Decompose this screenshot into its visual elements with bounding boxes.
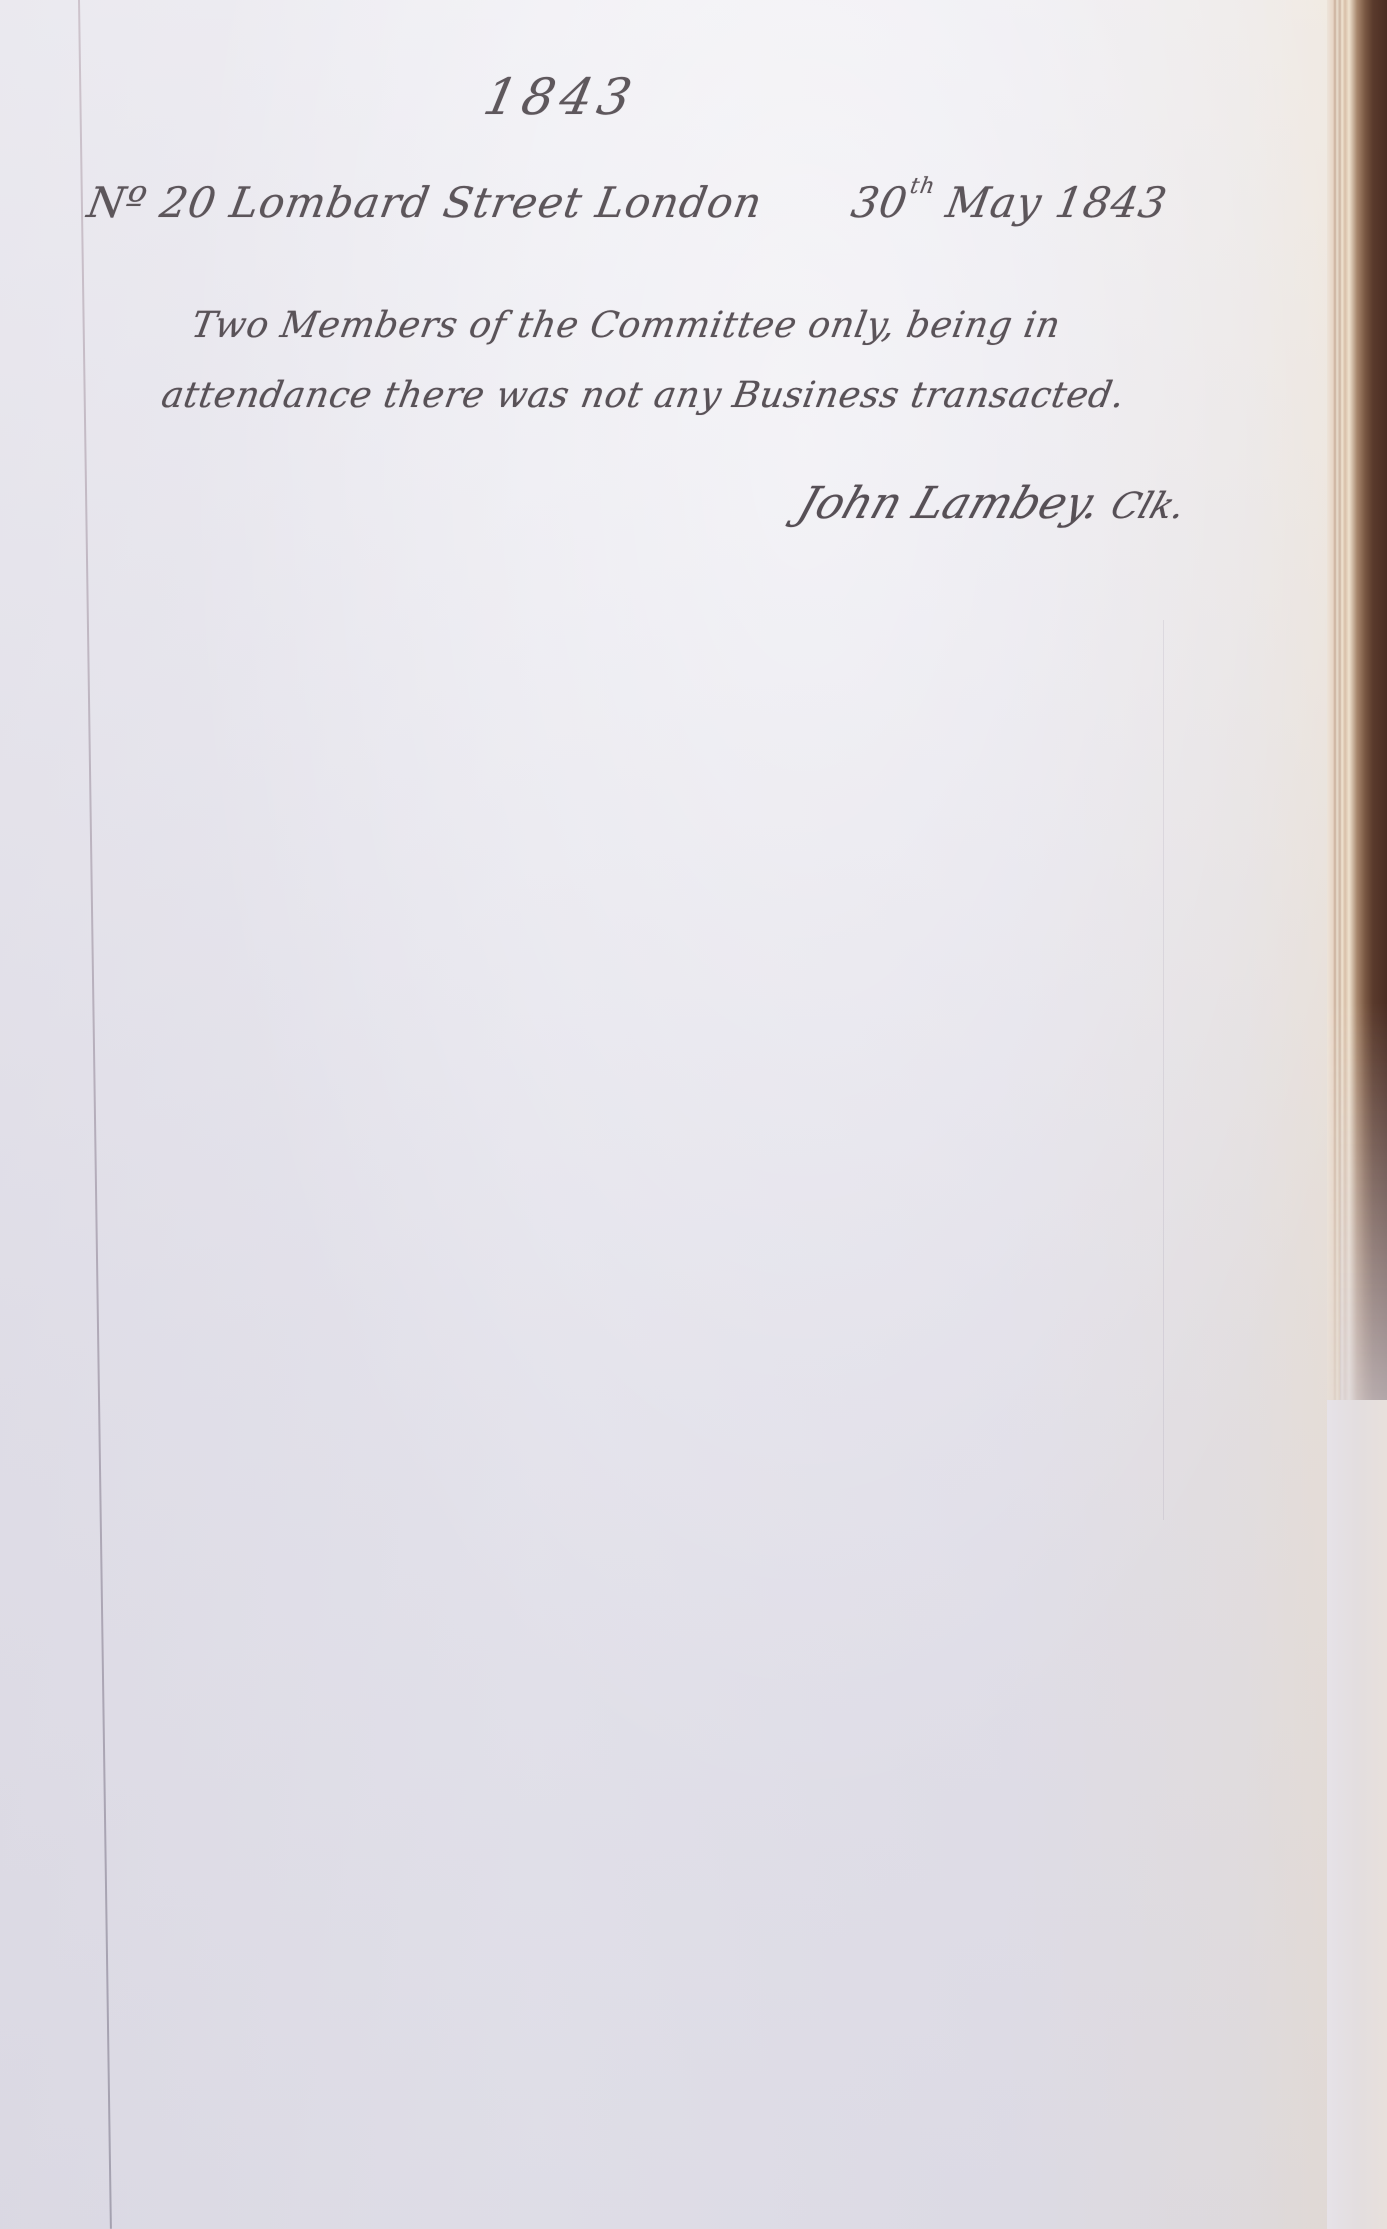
book-page-edge-lower	[1327, 1400, 1387, 2229]
year-heading: 1843	[479, 68, 643, 126]
signature-title: Clk.	[1106, 486, 1192, 527]
manuscript-page: 1843 Nº 20 Lombard Street London 30th Ma…	[0, 0, 1340, 2229]
meeting-address: Nº 20 Lombard Street London	[84, 178, 767, 227]
faint-bleedthrough-rule	[1163, 620, 1164, 1520]
date-ordinal: th	[908, 174, 937, 199]
date-month-year: May 1843	[943, 178, 1172, 227]
signature-name: John Lambey.	[792, 478, 1108, 529]
meeting-date: 30th May 1843	[848, 178, 1171, 227]
clerk-signature: John Lambey.Clk.	[792, 478, 1194, 529]
left-margin-rule	[78, 0, 111, 2229]
minute-text-line-1: Two Members of the Committee only, being…	[188, 305, 1063, 346]
date-day: 30	[848, 178, 912, 227]
minute-text-line-2: attendance there was not any Business tr…	[158, 375, 1128, 416]
